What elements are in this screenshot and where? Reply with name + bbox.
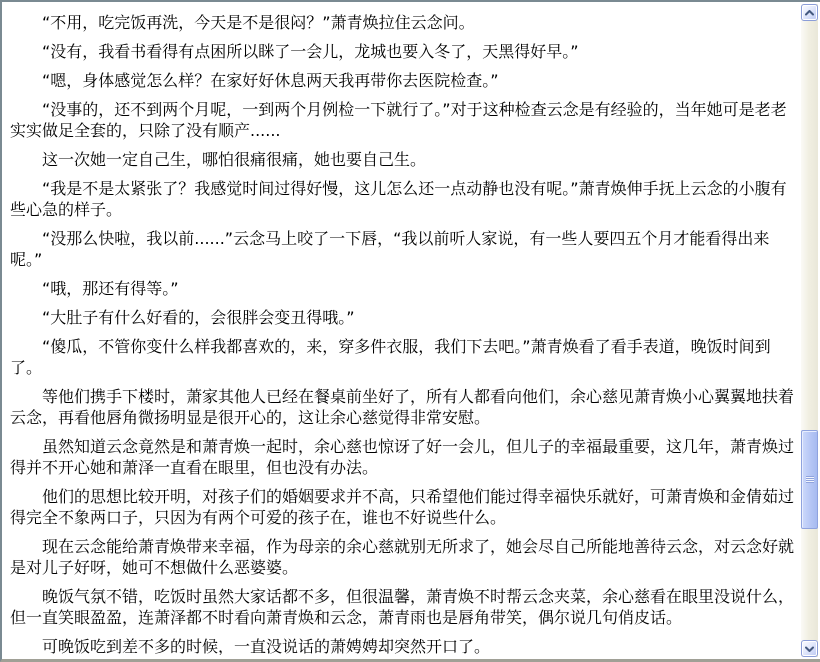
scrollbar-thumb[interactable] <box>801 430 818 529</box>
grip-lines-icon <box>806 476 814 483</box>
novel-paragraph: 他们的思想比较开明，对孩子们的婚姻要求并不高，只希望他们能过得幸福快乐就好，可萧… <box>10 486 796 528</box>
novel-paragraph: 等他们携手下楼时，萧家其他人已经在餐桌前坐好了，所有人都看向他们，余心慈见萧青焕… <box>10 386 796 428</box>
chevron-down-icon <box>805 646 814 652</box>
scroll-down-button[interactable] <box>801 640 818 657</box>
novel-text-area: “不用，吃完饭再洗，今天是不是很闷？”萧青焕拉住云念问。 “没有，我看书看得有点… <box>4 2 798 655</box>
chevron-up-icon <box>805 10 814 16</box>
novel-paragraph: 虽然知道云念竟然是和萧青焕一起时，余心慈也惊讶了好一会儿，但儿子的幸福最重要，这… <box>10 436 796 478</box>
novel-paragraph: “没有，我看书看得有点困所以眯了一会儿，龙城也要入冬了，天黑得好早。” <box>10 41 796 62</box>
novel-paragraph: “不用，吃完饭再洗，今天是不是很闷？”萧青焕拉住云念问。 <box>10 12 796 33</box>
novel-paragraph: 这一次她一定自己生，哪怕很痛很痛，她也要自己生。 <box>10 149 796 170</box>
scroll-up-button[interactable] <box>801 4 818 21</box>
vertical-scrollbar[interactable] <box>801 4 818 657</box>
novel-paragraph: “傻瓜，不管你变什么样我都喜欢的，来，穿多件衣服，我们下去吧。”萧青焕看了看手表… <box>10 336 796 378</box>
novel-paragraph: “没事的，还不到两个月呢，一到两个月例检一下就行了。”对于这种检查云念是有经验的… <box>10 99 796 141</box>
novel-paragraph: 晚饭气氛不错，吃饭时虽然大家话都不多，但很温馨，萧青焕不时帮云念夹菜，余心慈看在… <box>10 586 796 628</box>
document-page: “不用，吃完饭再洗，今天是不是很闷？”萧青焕拉住云念问。 “没有，我看书看得有点… <box>0 0 820 662</box>
novel-paragraph: “没那么快啦，我以前......”云念马上咬了一下唇，“我以前听人家说，有一些人… <box>10 228 796 270</box>
novel-paragraph: “哦，那还有得等。” <box>10 278 796 299</box>
novel-paragraph: 可晚饭吃到差不多的时候，一直没说话的萧娉娉却突然开口了。 <box>10 636 796 655</box>
novel-paragraph: “嗯，身体感觉怎么样？在家好好休息两天我再带你去医院检查。” <box>10 70 796 91</box>
novel-paragraph: “我是不是太紧张了？我感觉时间过得好慢，这儿怎么还一点动静也没有呢。”萧青焕伸手… <box>10 178 796 220</box>
novel-paragraph: 现在云念能给萧青焕带来幸福，作为母亲的余心慈就别无所求了，她会尽自己所能地善待云… <box>10 536 796 578</box>
novel-paragraph: “大肚子有什么好看的，会很胖会变丑得哦。” <box>10 307 796 328</box>
